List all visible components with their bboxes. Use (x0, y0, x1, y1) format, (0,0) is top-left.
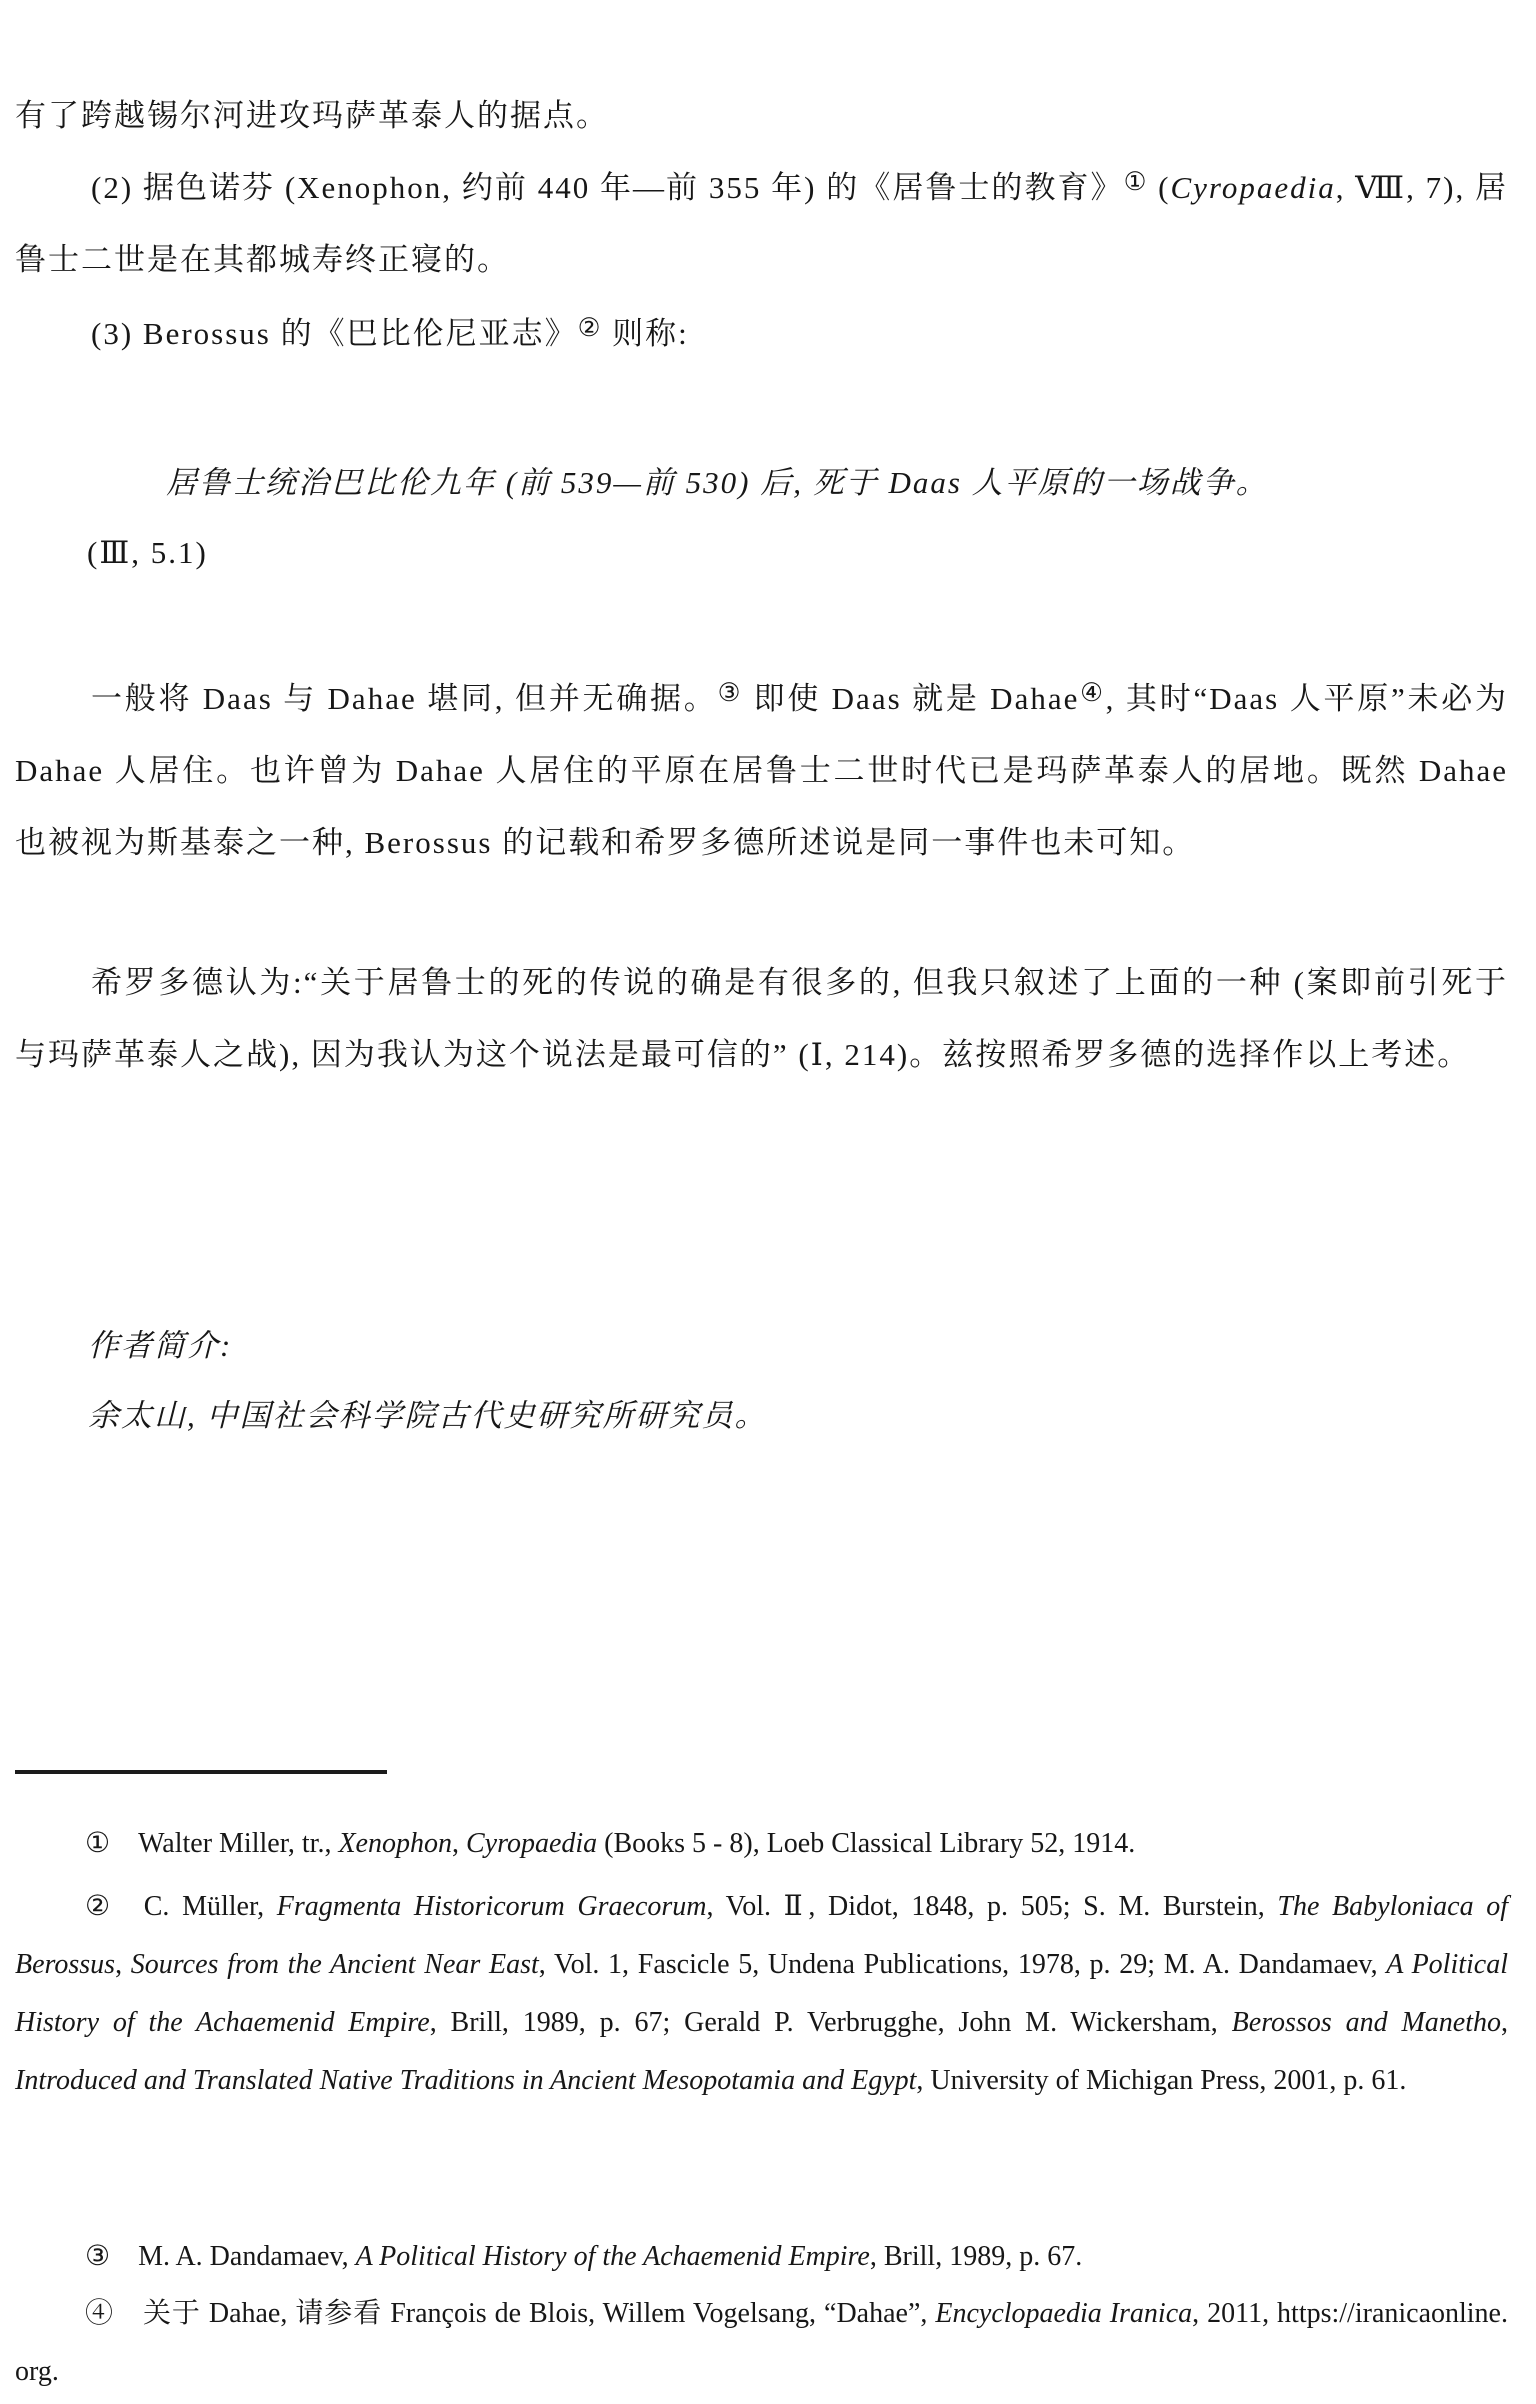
text-run: (Books 5 - 8), Loeb Classical Library 52… (597, 1828, 1135, 1859)
footnote-1: ① Walter Miller, tr., Xenophon, Cyropaed… (15, 1815, 1508, 1873)
paper-page: 有了跨越锡尔河进攻玛萨革泰人的据点。 (2) 据色诺芬 (Xenophon, 约… (0, 0, 1536, 2404)
text-run: Sources from the Ancient Near East (131, 1949, 539, 1980)
text-run: 一般将 Daas 与 Dahae 堪同, 但并无确据。 (91, 681, 718, 716)
footnote-separator-rule (15, 1770, 387, 1774)
footnote-reference-marker: ② (578, 314, 603, 342)
text-run: , (1501, 2007, 1508, 2038)
text-run: , Vol. 1, Fascicle 5, Undena Publication… (539, 1949, 1387, 1980)
paragraph-herodotus: 希罗多德认为:“关于居鲁士的死的传说的确是有很多的, 但我只叙述了上面的一种 (… (15, 947, 1508, 1091)
text-run: Cyropaedia (1170, 170, 1335, 205)
text-run: Cyropaedia (466, 1828, 597, 1859)
paragraph-intro-tail: 有了跨越锡尔河进攻玛萨革泰人的据点。 (15, 80, 1508, 152)
text-run: Introduced and Translated Native Traditi… (15, 2065, 916, 2096)
text-run: ② C. Müller, (85, 1891, 277, 1922)
footnote-2: ② C. Müller, Fragmenta Historicorum Grae… (15, 1878, 1508, 2110)
text-run: ③ M. A. Dandamaev, (85, 2241, 356, 2272)
text-run: Encyclopaedia Iranica (935, 2298, 1192, 2329)
text-run: Fragmenta Historicorum Graecorum (277, 1891, 707, 1922)
text-run: , Brill, 1989, p. 67; Gerald P. Verbrugg… (430, 2007, 1232, 2038)
text-run: ① Walter Miller, tr., (85, 1828, 338, 1859)
footnote-reference-marker: ③ (718, 679, 744, 707)
text-run: , (452, 1828, 466, 1859)
text-run: ( (1148, 170, 1170, 205)
block-quote: 居鲁士统治巴比伦九年 (前 539—前 530) 后, 死于 Daas 人平原的… (86, 447, 1498, 519)
author-bio: 余太山, 中国社会科学院古代史研究所研究员。 (88, 1380, 768, 1452)
footnote-reference-marker: ① (1124, 168, 1149, 196)
text-run: Xenophon (338, 1828, 452, 1859)
text-run: A Political History of the Achaemenid Em… (356, 2241, 870, 2272)
paragraph-berossus: (3) Berossus 的《巴比伦尼亚志》② 则称: (15, 298, 1508, 370)
text-run: , (115, 1949, 131, 1980)
footnote-reference-marker: ④ (1079, 679, 1105, 707)
text-run: , Brill, 1989, p. 67. (870, 2241, 1082, 2272)
paragraph-xenophon: (2) 据色诺芬 (Xenophon, 约前 440 年—前 355 年) 的《… (15, 152, 1508, 296)
paragraph-discussion: 一般将 Daas 与 Dahae 堪同, 但并无确据。③ 即使 Daas 就是 … (15, 663, 1508, 879)
author-intro-label: 作者简介: (88, 1310, 232, 1382)
footnote-3: ③ M. A. Dandamaev, A Political History o… (15, 2228, 1508, 2286)
text-run: 即使 Daas 就是 Dahae (743, 681, 1079, 716)
text-run: (3) Berossus 的《巴比伦尼亚志》 (91, 316, 578, 351)
footnote-4: ④ 关于 Dahae, 请参看 François de Blois, Wille… (15, 2285, 1508, 2401)
text-run: (2) 据色诺芬 (Xenophon, 约前 440 年—前 355 年) 的《… (91, 170, 1124, 205)
quote-attribution: (Ⅲ, 5.1) (87, 517, 208, 589)
text-run: ④ 关于 Dahae, 请参看 François de Blois, Wille… (85, 2298, 935, 2329)
text-run: , Vol. Ⅱ, Didot, 1848, p. 505; S. M. Bur… (707, 1891, 1278, 1922)
text-run: 则称: (602, 316, 688, 351)
text-run: , University of Michigan Press, 2001, p.… (916, 2065, 1406, 2096)
text-run: Berossos and Manetho (1232, 2007, 1501, 2038)
